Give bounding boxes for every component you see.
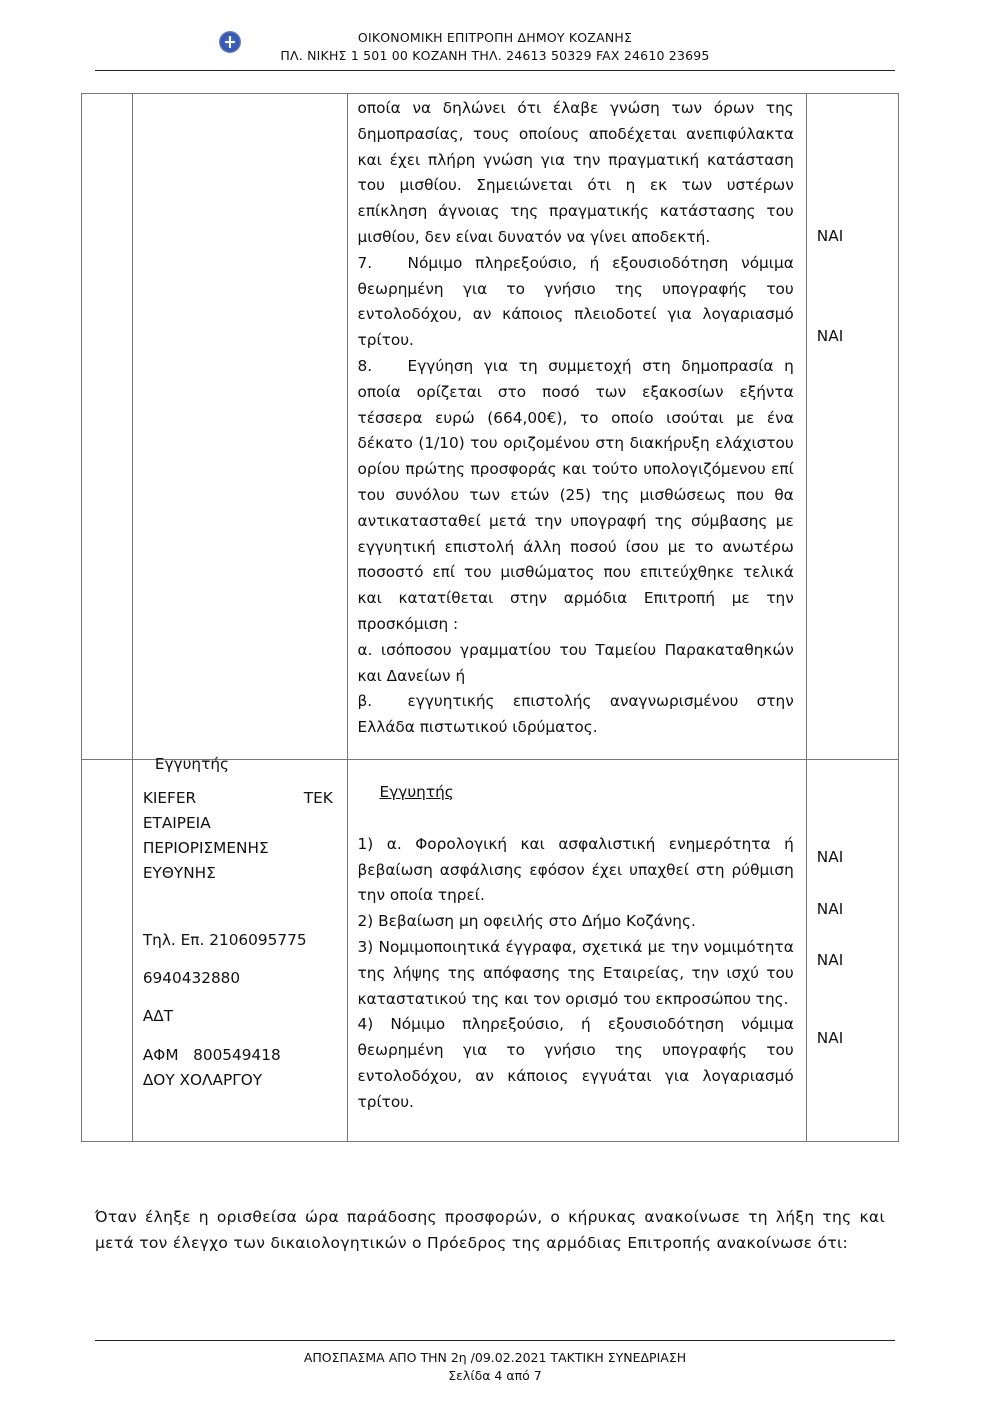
- cell-status: ΝΑΙ ΝΑΙ: [806, 94, 898, 760]
- header-address: ΠΛ. ΝΙΚΗΣ 1 501 00 ΚΟΖΑΝΗ ΤΗΛ. 24613 503…: [95, 48, 895, 63]
- cell-guarantor-status: ΝΑΙ ΝΑΙ ΝΑΙ ΝΑΙ: [806, 759, 898, 1141]
- guarantor-mobile: 6940432880: [143, 966, 240, 991]
- doc-item-8b: β.εγγυητικής επιστολής αναγνωρισμένου στ…: [358, 689, 794, 741]
- requirements-table: οποία να δηλώνει ότι έλαβε γνώση των όρω…: [81, 93, 899, 1142]
- guarantor-company-line1: ΚΙEFER ΤΕΚ: [143, 786, 333, 811]
- page-header: ΟΙΚΟΝΟΜΙΚΗ ΕΠΙΤΡΟΠΗ ΔΗΜΟΥ ΚΟΖΑΝΗΣ ΠΛ. ΝΙ…: [95, 28, 895, 71]
- cell-participant: [132, 94, 347, 760]
- guarantor-doc-4: 4) Νόμιμο πληρεξούσιο, ή εξουσιοδότηση ν…: [358, 1012, 794, 1115]
- table-row-guarantor: Εγγυητής ΚΙEFER ΤΕΚ ΕΤΑΙΡΕΙΑ ΠΕΡΙΟΡΙΣΜΕΝ…: [82, 759, 899, 1141]
- cell-documents: οποία να δηλώνει ότι έλαβε γνώση των όρω…: [347, 94, 806, 760]
- doc-paragraph: οποία να δηλώνει ότι έλαβε γνώση των όρω…: [358, 96, 794, 251]
- status-yes: ΝΑΙ: [817, 951, 843, 969]
- doc-item-7: 7.Νόμιμο πληρεξούσιο, ή εξουσιοδότηση νό…: [358, 251, 794, 354]
- guarantor-company-line4: ΕΥΘΥΝΗΣ: [143, 861, 216, 886]
- cell-index: [82, 94, 133, 760]
- doc-item-8: 8.Εγγύηση για τη συμμετοχή στη δημοπρασί…: [358, 354, 794, 638]
- body-paragraph: Όταν έληξε η ορισθείσα ώρα παράδοσης προ…: [95, 1204, 885, 1256]
- footer-page-number: Σελίδα 4 από 7: [95, 1367, 895, 1385]
- guarantor-label: Εγγυητής: [155, 752, 229, 777]
- guarantor-tax-office: ΔΟΥ ΧΟΛΑΡΓΟΥ: [143, 1068, 262, 1093]
- cell-guarantor-documents: Εγγυητής 1) α. Φορολογική και ασφαλιστικ…: [347, 759, 806, 1141]
- status-yes: ΝΑΙ: [817, 327, 843, 345]
- header-committee-name: ΟΙΚΟΝΟΜΙΚΗ ΕΠΙΤΡΟΠΗ ΔΗΜΟΥ ΚΟΖΑΝΗΣ: [95, 30, 895, 45]
- guarantor-phone: Τηλ. Επ. 2106095775: [143, 928, 307, 953]
- guarantor-heading: Εγγυητής: [380, 783, 454, 801]
- guarantor-tax-id: ΑΦΜ 800549418: [143, 1043, 281, 1068]
- doc-item-8a: α. ισόποσου γραμματίου του Ταμείου Παρακ…: [358, 638, 794, 690]
- guarantor-doc-3: 3) Νομιμοποιητικά έγγραφα, σχετικά με τη…: [358, 935, 794, 1012]
- guarantor-company-line3: ΠΕΡΙΟΡΙΣΜΕΝΗΣ: [143, 836, 269, 861]
- guarantor-doc-1: 1) α. Φορολογική και ασφαλιστική ενημερό…: [358, 832, 794, 909]
- page-footer: ΑΠΟΣΠΑΣΜΑ ΑΠΟ ΤΗΝ 2η /09.02.2021 ΤΑΚΤΙΚΗ…: [95, 1340, 895, 1385]
- cell-guarantor-info: Εγγυητής ΚΙEFER ΤΕΚ ΕΤΑΙΡΕΙΑ ΠΕΡΙΟΡΙΣΜΕΝ…: [132, 759, 347, 1141]
- cell-index: [82, 759, 133, 1141]
- status-yes: ΝΑΙ: [817, 1029, 843, 1047]
- status-yes: ΝΑΙ: [817, 848, 843, 866]
- status-yes: ΝΑΙ: [817, 900, 843, 918]
- guarantor-id-label: ΑΔΤ: [143, 1004, 173, 1029]
- guarantor-company-line2: ΕΤΑΙΡΕΙΑ: [143, 811, 211, 836]
- table-row-upper: οποία να δηλώνει ότι έλαβε γνώση των όρω…: [82, 94, 899, 760]
- guarantor-doc-2: 2) Βεβαίωση μη οφειλής στο Δήμο Κοζάνης.: [358, 909, 794, 935]
- status-yes: ΝΑΙ: [817, 227, 843, 245]
- footer-extract-title: ΑΠΟΣΠΑΣΜΑ ΑΠΟ ΤΗΝ 2η /09.02.2021 ΤΑΚΤΙΚΗ…: [95, 1349, 895, 1367]
